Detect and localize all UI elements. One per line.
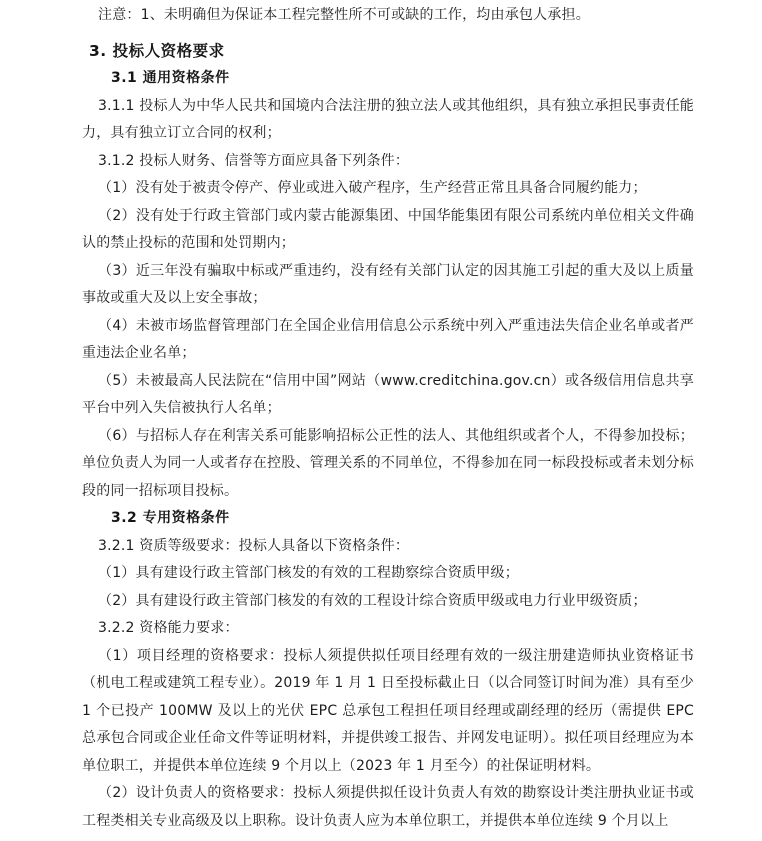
subsection-heading-3-1: 3.1 通用资格条件: [111, 65, 694, 93]
paragraph-3-1-2-item-4: （4）未被市场监督管理部门在全国企业信用信息公示系统中列入严重违法失信企业名单或…: [82, 313, 694, 368]
paragraph-3-1-2-item-1: （1）没有处于被责令停产、停业或进入破产程序，生产经营正常且具备合同履约能力；: [82, 175, 694, 203]
document-page: 注意：1、未明确但为保证本工程完整性所不可或缺的工作，均由承包人承担。 3. 投…: [0, 0, 762, 841]
paragraph-3-2-1-item-2: （2）具有建设行政主管部门核发的有效的工程设计综合资质甲级或电力行业甲级资质；: [82, 588, 694, 616]
subsection-heading-3-2: 3.2 专用资格条件: [111, 505, 694, 533]
paragraph-3-2-1: 3.2.1 资质等级要求：投标人具备以下资格条件：: [82, 533, 694, 561]
paragraph-3-1-2-item-5: （5）未被最高人民法院在“信用中国”网站（www.creditchina.gov…: [82, 368, 694, 423]
paragraph-3-1-2-item-6: （6）与招标人存在利害关系可能影响招标公正性的法人、其他组织或者个人，不得参加投…: [82, 423, 694, 506]
paragraph-3-2-2: 3.2.2 资格能力要求：: [82, 615, 694, 643]
paragraph-3-2-2-item-1: （1）项目经理的资格要求：投标人须提供拟任项目经理有效的一级注册建造师执业资格证…: [82, 643, 694, 781]
paragraph-3-1-2: 3.1.2 投标人财务、信誉等方面应具备下列条件：: [82, 148, 694, 176]
paragraph-3-1-2-item-2: （2）没有处于行政主管部门或内蒙古能源集团、中国华能集团有限公司系统内单位相关文…: [82, 203, 694, 258]
paragraph-3-1-1: 3.1.1 投标人为中华人民共和国境内合法注册的独立法人或其他组织，具有独立承担…: [82, 93, 694, 148]
notice-line: 注意：1、未明确但为保证本工程完整性所不可或缺的工作，均由承包人承担。: [82, 2, 694, 30]
paragraph-3-1-2-item-3: （3）近三年没有骗取中标或严重违约，没有经有关部门认定的因其施工引起的重大及以上…: [82, 258, 694, 313]
paragraph-3-2-2-item-2: （2）设计负责人的资格要求：投标人须提供拟任设计负责人有效的勘察设计类注册执业证…: [82, 780, 694, 835]
section-heading: 3. 投标人资格要求: [89, 38, 694, 66]
paragraph-3-2-1-item-1: （1）具有建设行政主管部门核发的有效的工程勘察综合资质甲级；: [82, 560, 694, 588]
